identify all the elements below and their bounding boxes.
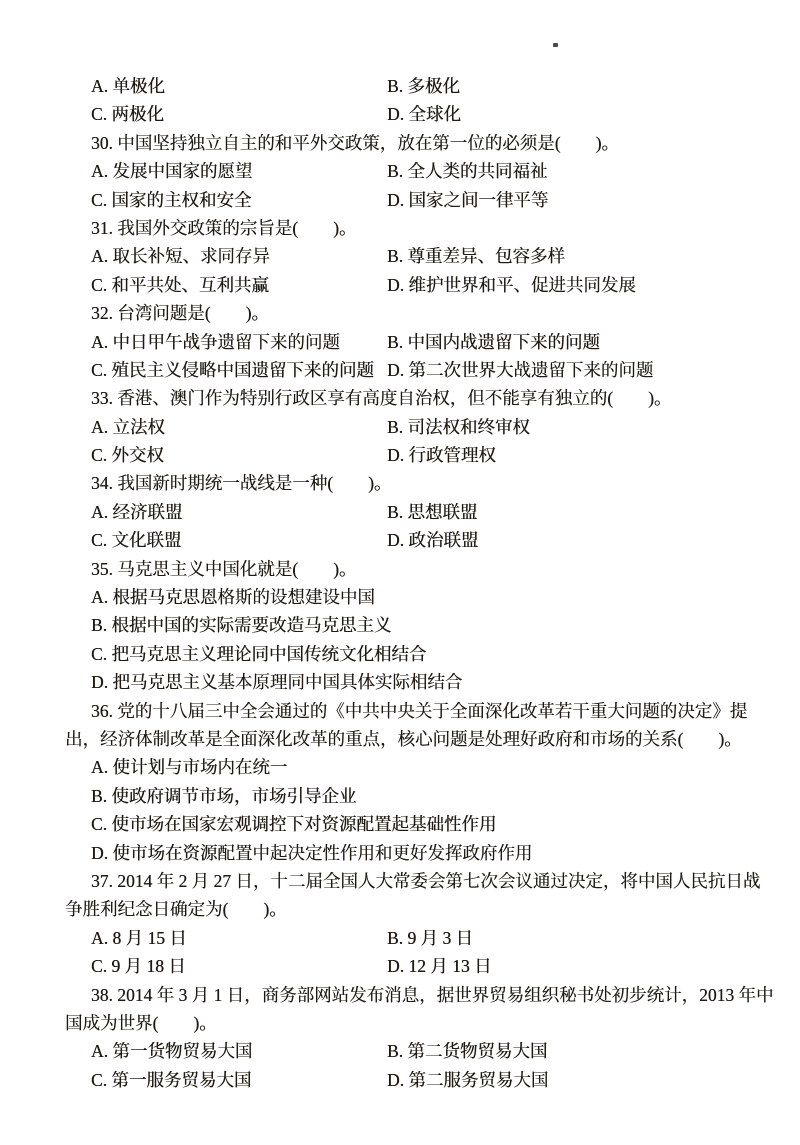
option-a: A. 中日甲午战争遗留下来的问题 <box>91 328 387 356</box>
options-row: C. 文化联盟 D. 政治联盟 <box>65 526 760 554</box>
question-stem-line-1: 38. 2014 年 3 月 1 日，商务部网站发布消息，据世界贸易组织秘书处初… <box>65 981 760 1009</box>
question-stem: 30. 中国坚持独立自主的和平外交政策，放在第一位的必须是( )。 <box>65 129 760 157</box>
option-c: C. 文化联盟 <box>91 526 387 554</box>
question-34: 34. 我国新时期统一战线是一种( )。 A. 经济联盟 B. 思想联盟 C. … <box>65 469 760 554</box>
option-a: A. 立法权 <box>91 413 387 441</box>
option-b: B. 司法权和终审权 <box>387 413 760 441</box>
options-row: C. 和平共处、互利共赢 D. 维护世界和平、促进共同发展 <box>65 271 760 299</box>
options-row: A. 立法权 B. 司法权和终审权 <box>65 413 760 441</box>
option-b: B. 思想联盟 <box>387 498 760 526</box>
question-stem: 34. 我国新时期统一战线是一种( )。 <box>65 469 760 497</box>
option-b: B. 9 月 3 日 <box>387 924 760 952</box>
options-row: A. 经济联盟 B. 思想联盟 <box>65 498 760 526</box>
option-b: B. 中国内战遗留下来的问题 <box>387 328 760 356</box>
option-d: D. 全球化 <box>387 100 760 128</box>
question-33: 33. 香港、澳门作为特别行政区享有高度自治权，但不能享有独立的( )。 A. … <box>65 384 760 469</box>
option-a: A. 单极化 <box>91 72 387 100</box>
question-36: 36. 党的十八届三中全会通过的《中共中央关于全面深化改革若干重大问题的决定》提… <box>65 697 760 867</box>
option-d: D. 政治联盟 <box>387 526 760 554</box>
question-35: 35. 马克思主义中国化就是( )。 A. 根据马克思恩格斯的设想建设中国 B.… <box>65 555 760 697</box>
question-stem-line-1: 37. 2014 年 2 月 27 日，十二届全国人大常委会第七次会议通过决定，… <box>65 867 760 895</box>
option-a: A. 经济联盟 <box>91 498 387 526</box>
question-stem: 33. 香港、澳门作为特别行政区享有高度自治权，但不能享有独立的( )。 <box>65 384 760 412</box>
option-d: D. 第二次世界大战遗留下来的问题 <box>387 356 760 384</box>
question-37: 37. 2014 年 2 月 27 日，十二届全国人大常委会第七次会议通过决定，… <box>65 867 760 981</box>
option-c: C. 和平共处、互利共赢 <box>91 271 387 299</box>
option-b: B. 第二货物贸易大国 <box>387 1037 760 1065</box>
question-29: A. 单极化 B. 多极化 C. 两极化 D. 全球化 <box>65 72 760 129</box>
option-d: D. 行政管理权 <box>387 441 760 469</box>
option-a: A. 第一货物贸易大国 <box>91 1037 387 1065</box>
question-38: 38. 2014 年 3 月 1 日，商务部网站发布消息，据世界贸易组织秘书处初… <box>65 981 760 1095</box>
options-row: C. 第一服务贸易大国 D. 第二服务贸易大国 <box>65 1066 760 1094</box>
options-row: A. 第一货物贸易大国 B. 第二货物贸易大国 <box>65 1037 760 1065</box>
option-a: A. 8 月 15 日 <box>91 924 387 952</box>
question-stem-line-1: 36. 党的十八届三中全会通过的《中共中央关于全面深化改革若干重大问题的决定》提 <box>65 697 760 725</box>
option-c: C. 国家的主权和安全 <box>91 186 387 214</box>
options-row: A. 8 月 15 日 B. 9 月 3 日 <box>65 924 760 952</box>
option-d: D. 使市场在资源配置中起决定性作用和更好发挥政府作用 <box>65 839 760 867</box>
option-a: A. 取长补短、求同存异 <box>91 242 387 270</box>
option-b: B. 使政府调节市场，市场引导企业 <box>65 782 760 810</box>
option-b: B. 根据中国的实际需要改造马克思主义 <box>65 611 760 639</box>
option-c: C. 9 月 18 日 <box>91 952 387 980</box>
option-b: B. 全人类的共同福祉 <box>387 157 760 185</box>
options-row: A. 发展中国家的愿望 B. 全人类的共同福祉 <box>65 157 760 185</box>
options-row: C. 殖民主义侵略中国遗留下来的问题 D. 第二次世界大战遗留下来的问题 <box>65 356 760 384</box>
question-stem: 31. 我国外交政策的宗旨是( )。 <box>65 214 760 242</box>
options-row: C. 9 月 18 日 D. 12 月 13 日 <box>65 952 760 980</box>
option-c: C. 殖民主义侵略中国遗留下来的问题 <box>91 356 387 384</box>
option-c: C. 两极化 <box>91 100 387 128</box>
option-a: A. 使计划与市场内在统一 <box>65 753 760 781</box>
question-stem-line-2: 出，经济体制改革是全面深化改革的重点，核心问题是处理好政府和市场的关系( )。 <box>65 725 760 753</box>
option-d: D. 国家之间一律平等 <box>387 186 760 214</box>
option-a: A. 发展中国家的愿望 <box>91 157 387 185</box>
question-32: 32. 台湾问题是( )。 A. 中日甲午战争遗留下来的问题 B. 中国内战遗留… <box>65 299 760 384</box>
question-30: 30. 中国坚持独立自主的和平外交政策，放在第一位的必须是( )。 A. 发展中… <box>65 129 760 214</box>
options-row: C. 两极化 D. 全球化 <box>65 100 760 128</box>
options-row: C. 国家的主权和安全 D. 国家之间一律平等 <box>65 186 760 214</box>
option-b: B. 多极化 <box>387 72 760 100</box>
scan-speck <box>553 43 558 47</box>
question-stem: 32. 台湾问题是( )。 <box>65 299 760 327</box>
option-d: D. 12 月 13 日 <box>387 952 760 980</box>
options-row: A. 单极化 B. 多极化 <box>65 72 760 100</box>
exam-content: A. 单极化 B. 多极化 C. 两极化 D. 全球化 30. 中国坚持独立自主… <box>65 72 760 1094</box>
options-row: A. 取长补短、求同存异 B. 尊重差异、包容多样 <box>65 242 760 270</box>
option-d: D. 把马克思主义基本原理同中国具体实际相结合 <box>65 668 760 696</box>
option-c: C. 外交权 <box>91 441 387 469</box>
option-a: A. 根据马克思恩格斯的设想建设中国 <box>65 583 760 611</box>
option-c: C. 把马克思主义理论同中国传统文化相结合 <box>65 640 760 668</box>
question-stem-line-2: 国成为世界( )。 <box>65 1009 760 1037</box>
question-31: 31. 我国外交政策的宗旨是( )。 A. 取长补短、求同存异 B. 尊重差异、… <box>65 214 760 299</box>
scanned-exam-page: A. 单极化 B. 多极化 C. 两极化 D. 全球化 30. 中国坚持独立自主… <box>0 0 800 1145</box>
option-b: B. 尊重差异、包容多样 <box>387 242 760 270</box>
option-c: C. 第一服务贸易大国 <box>91 1066 387 1094</box>
option-d: D. 维护世界和平、促进共同发展 <box>387 271 760 299</box>
options-row: C. 外交权 D. 行政管理权 <box>65 441 760 469</box>
question-stem-line-2: 争胜利纪念日确定为( )。 <box>65 895 760 923</box>
option-c: C. 使市场在国家宏观调控下对资源配置起基础性作用 <box>65 810 760 838</box>
options-row: A. 中日甲午战争遗留下来的问题 B. 中国内战遗留下来的问题 <box>65 328 760 356</box>
option-d: D. 第二服务贸易大国 <box>387 1066 760 1094</box>
question-stem: 35. 马克思主义中国化就是( )。 <box>65 555 760 583</box>
